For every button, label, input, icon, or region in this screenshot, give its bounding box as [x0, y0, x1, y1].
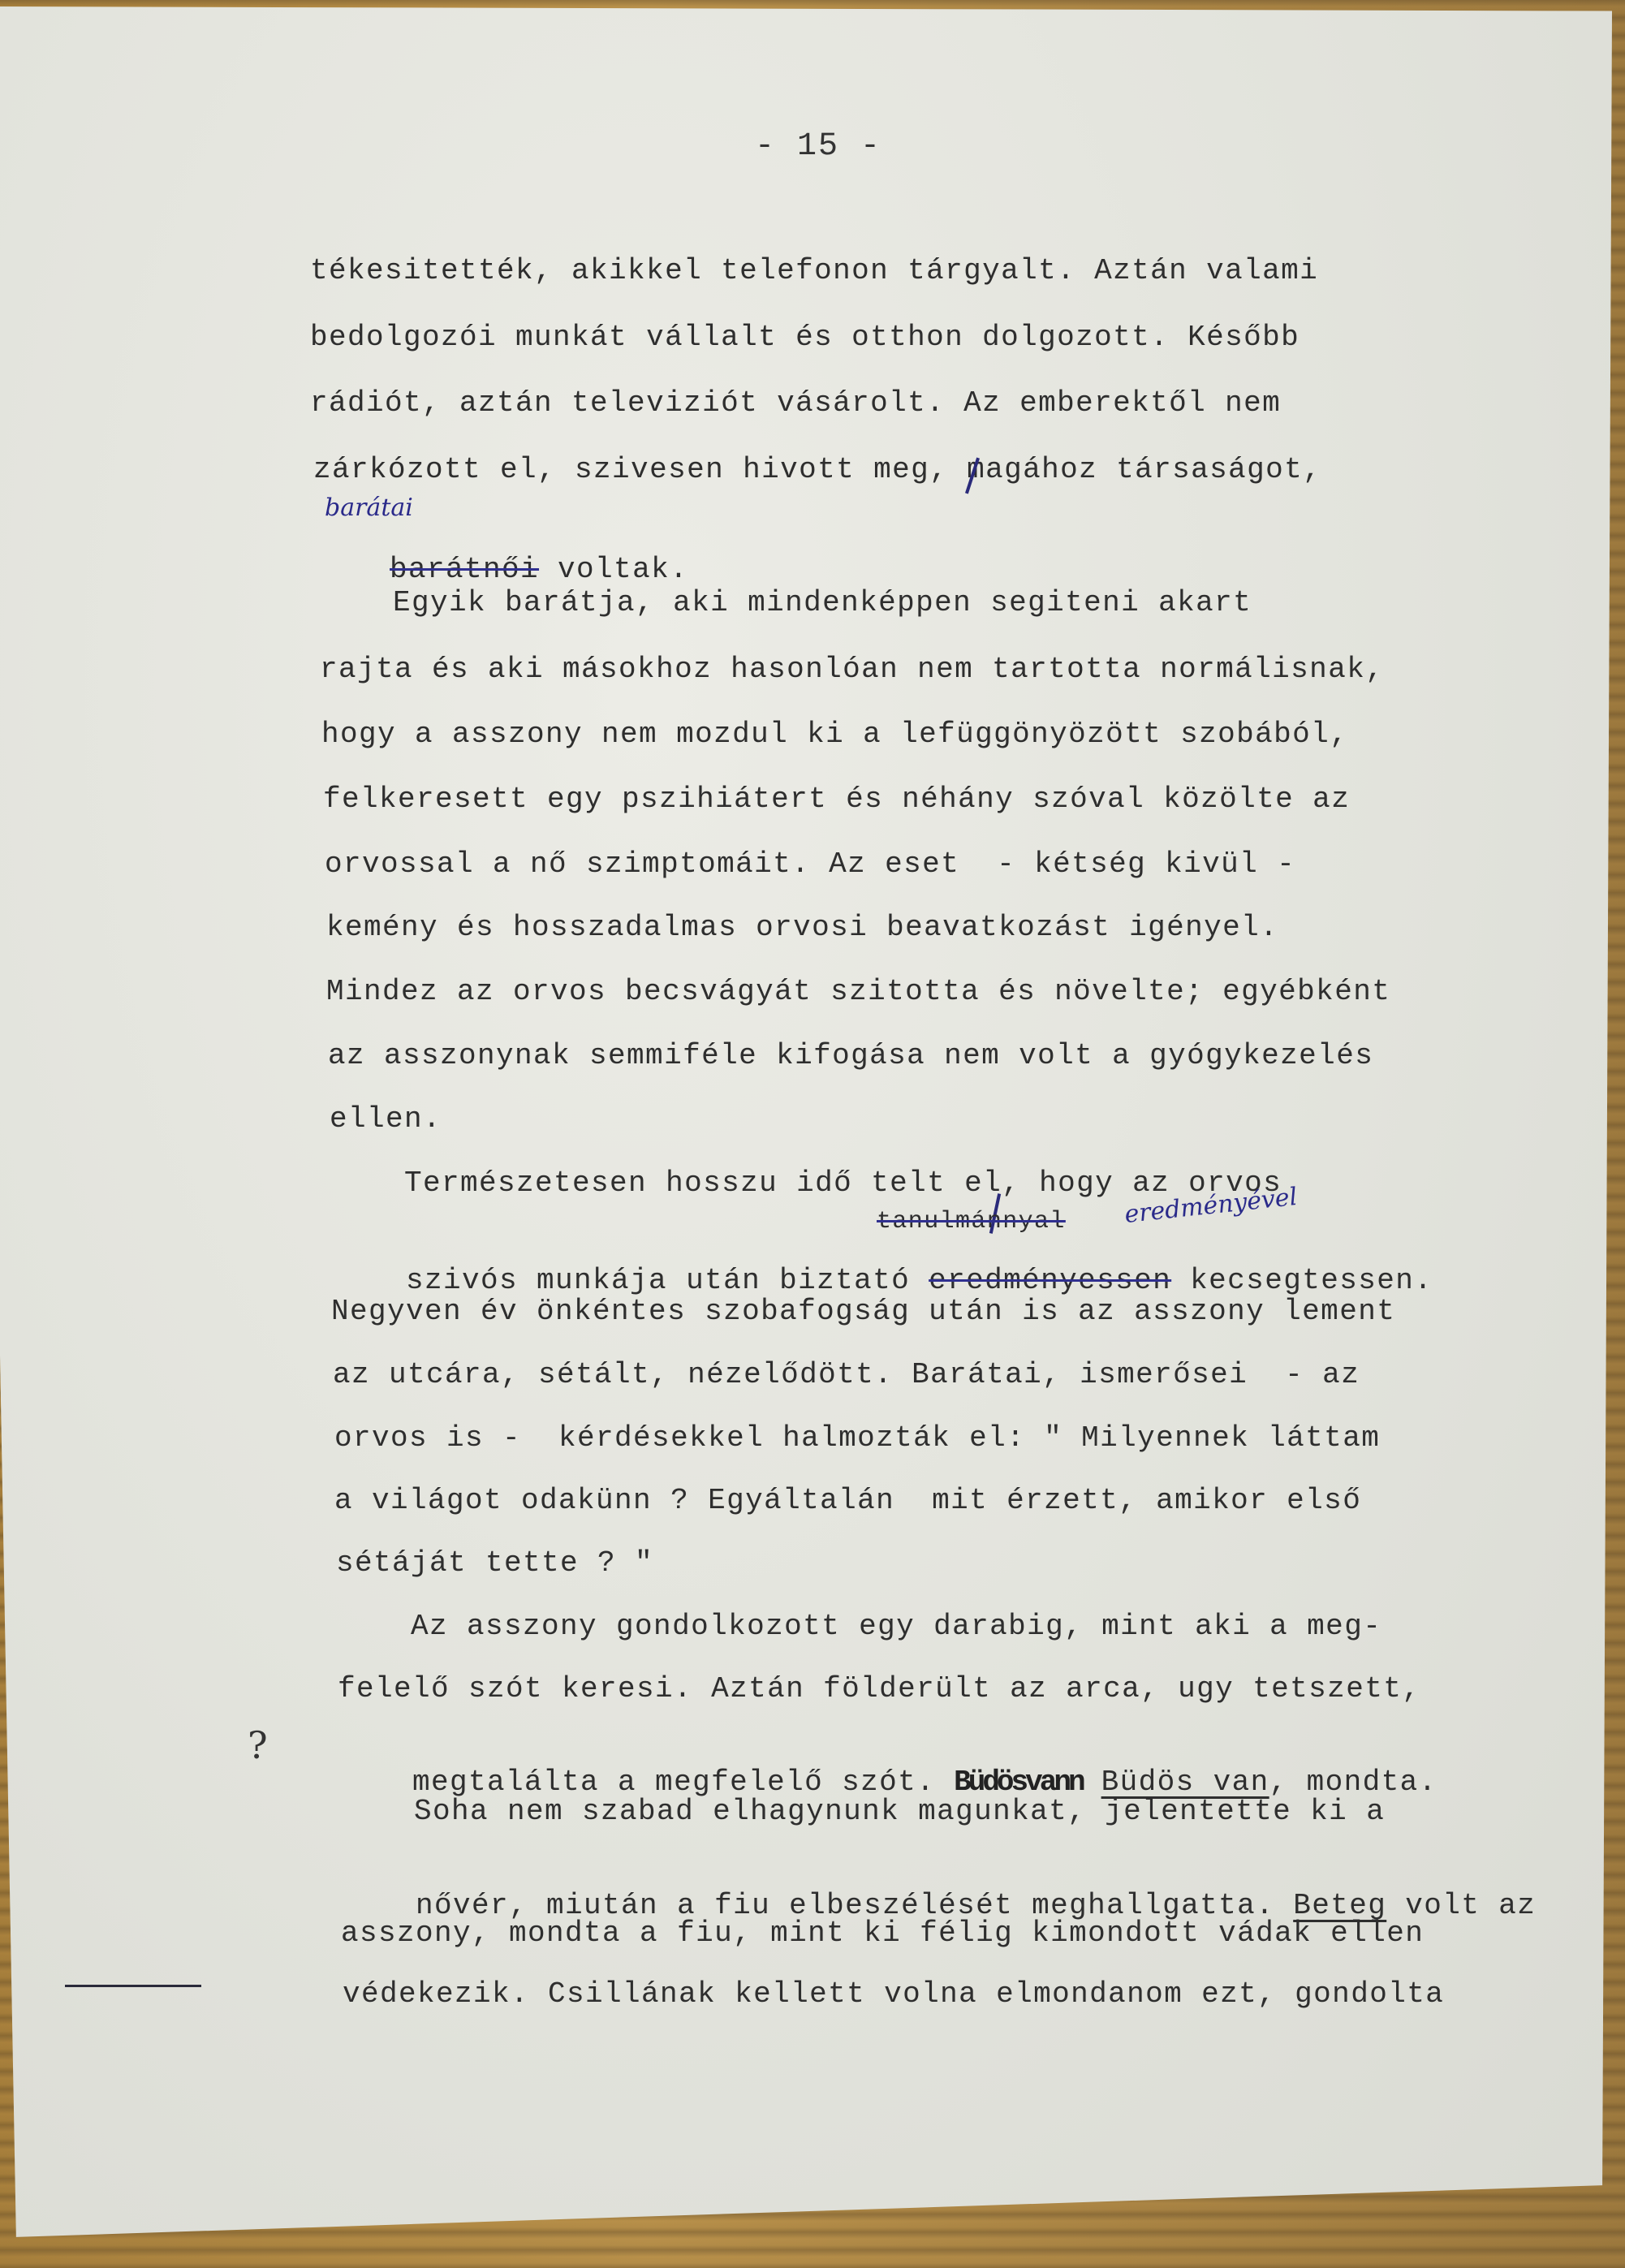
text-line: bedolgozói munkát vállalt és otthon dolg…	[310, 321, 1300, 354]
text-line: az utcára, sétált, nézelődött. Barátai, …	[333, 1358, 1360, 1391]
margin-line-mark	[65, 1985, 201, 1987]
interlinear-struck-word: tanulmánnyal	[877, 1208, 1066, 1235]
page-number: - 15 -	[755, 128, 881, 165]
text-line: asszony, mondta a fiu, mint ki félig kim…	[341, 1917, 1424, 1950]
text-line: kemény és hosszadalmas orvosi beavatkozá…	[326, 911, 1278, 944]
text-line: felkeresett egy pszihiátert és néhány sz…	[323, 783, 1350, 816]
struck-word: eredményessen	[929, 1264, 1171, 1297]
text-line: rajta és aki másokhoz hasonlóan nem tart…	[320, 653, 1384, 686]
text-line: az asszonynak semmiféle kifogása nem vol…	[328, 1039, 1373, 1072]
text-fragment: szivós munkája után biztató	[406, 1264, 929, 1297]
text-line: Soha nem szabad elhagynunk magunkat, jel…	[339, 1795, 1385, 1828]
text-fragment: voltak.	[539, 553, 688, 586]
text-line: Az asszony gondolkozott egy darabig, min…	[336, 1610, 1381, 1643]
text-line: ellen.	[330, 1102, 442, 1136]
text-line: Egyik barátja, aki mindenképpen segiteni…	[318, 586, 1252, 619]
text-line: védekezik. Csillának kellett volna elmon…	[343, 1977, 1444, 2011]
text-line: orvos is - kérdésekkel halmozták el: " M…	[334, 1421, 1380, 1455]
text-line: Negyven év önkéntes szobafogság után is …	[331, 1295, 1395, 1328]
text-line: orvossal a nő szimptomáit. Az eset - két…	[325, 847, 1295, 881]
text-fragment: , mondta.	[1269, 1766, 1437, 1799]
text-line: Mindez az orvos becsvágyát szitotta és n…	[326, 975, 1390, 1008]
margin-question-mark: ?	[248, 1723, 268, 1767]
text-line: sétáját tette ? "	[336, 1546, 653, 1580]
text-line: tékesitették, akikkel telefonon tárgyalt…	[310, 254, 1318, 287]
typewritten-page: - 15 - tékesitették, akikkel telefonon t…	[0, 6, 1612, 2255]
text-line: hogy a asszony nem mozdul ki a lefüggöny…	[321, 718, 1348, 751]
underlined-phrase: Büdös van	[1101, 1766, 1269, 1799]
crossed-out-word: Büdösvann	[954, 1766, 1082, 1799]
text-line: Természetesen hosszu idő telt el, hogy a…	[330, 1166, 1282, 1200]
text-line: zárkózott el, szivesen hivott meg, magáh…	[313, 453, 1321, 486]
text-line: rádiót, aztán televiziót vásárolt. Az em…	[310, 386, 1281, 420]
text-fragment: megtalálta a megfelelő szót.	[412, 1766, 954, 1799]
text-line: felelő szót keresi. Aztán földerült az a…	[338, 1672, 1420, 1705]
handwritten-correction: barátai	[325, 494, 413, 522]
text-line: a világot odakünn ? Egyáltalán mit érzet…	[334, 1484, 1361, 1517]
struck-word: barátnői	[390, 553, 539, 586]
text-fragment: kecsegtessen.	[1171, 1264, 1433, 1297]
